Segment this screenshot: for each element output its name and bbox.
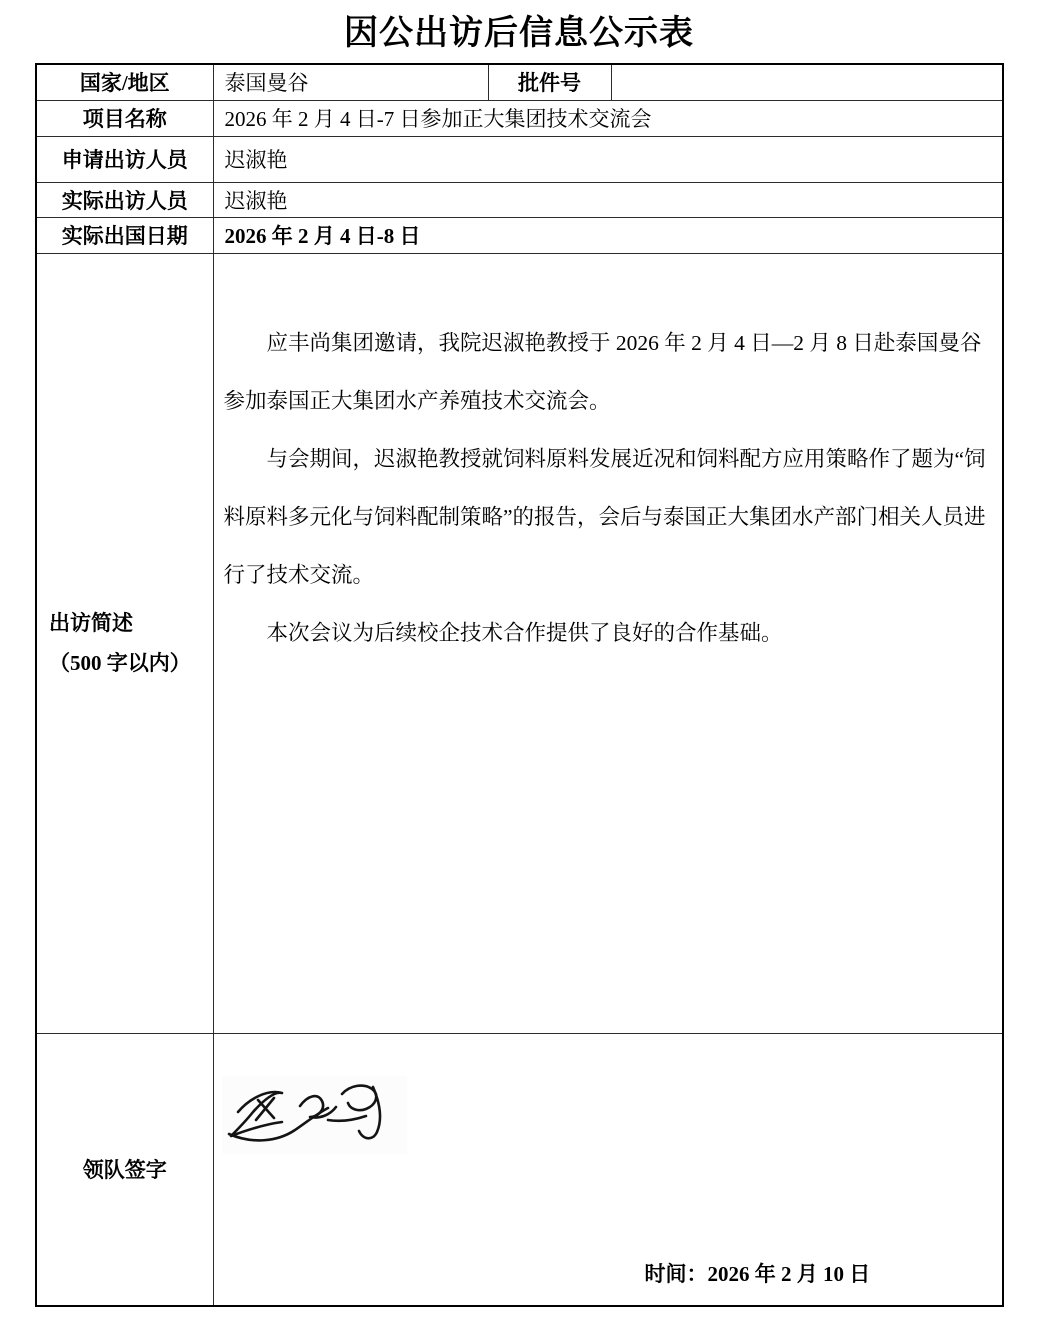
approval-number-value xyxy=(611,64,1003,100)
table-row: 国家/地区 泰国曼谷 批件号 xyxy=(36,64,1003,100)
table-row: 申请出访人员 迟淑艳 xyxy=(36,136,1003,182)
signature-time: 时间：2026 年 2 月 10 日 xyxy=(645,1258,871,1288)
page-title: 因公出访后信息公示表 xyxy=(0,5,1038,54)
trip-summary-label-line1: 出访简述 xyxy=(49,603,212,643)
applied-personnel-label: 申请出访人员 xyxy=(36,136,213,182)
handwritten-signature xyxy=(222,1076,407,1154)
trip-summary-label-line2: （500 字以内） xyxy=(49,643,212,683)
info-table: 国家/地区 泰国曼谷 批件号 项目名称 2026 年 2 月 4 日-7 日参加… xyxy=(35,63,1004,1307)
actual-personnel-value: 迟淑艳 xyxy=(213,182,1003,217)
leader-signature-cell: 时间：2026 年 2 月 10 日 xyxy=(213,1033,1003,1306)
project-name-value: 2026 年 2 月 4 日-7 日参加正大集团技术交流会 xyxy=(213,100,1003,136)
table-row: 项目名称 2026 年 2 月 4 日-7 日参加正大集团技术交流会 xyxy=(36,100,1003,136)
summary-paragraph: 本次会议为后续校企技术合作提供了良好的合作基础。 xyxy=(224,604,987,662)
summary-paragraph: 与会期间，迟淑艳教授就饲料原料发展近况和饲料配方应用策略作了题为“饲料原料多元化… xyxy=(224,430,987,604)
country-region-value: 泰国曼谷 xyxy=(213,64,488,100)
signature-icon xyxy=(222,1076,407,1154)
country-region-label: 国家/地区 xyxy=(36,64,213,100)
trip-summary-text: 应丰尚集团邀请，我院迟淑艳教授于 2026 年 2 月 4 日—2 月 8 日赴… xyxy=(213,253,1003,1033)
actual-dates-value: 2026 年 2 月 4 日-8 日 xyxy=(213,217,1003,253)
table-row: 领队签字 时间：2026 年 2 月 10 日 xyxy=(36,1033,1003,1306)
leader-signature-label: 领队签字 xyxy=(36,1033,213,1306)
project-name-label: 项目名称 xyxy=(36,100,213,136)
document-page: 因公出访后信息公示表 国家/地区 泰国曼谷 批件号 项目名称 2026 年 2 … xyxy=(0,0,1038,1317)
table-row: 出访简述 （500 字以内） 应丰尚集团邀请，我院迟淑艳教授于 2026 年 2… xyxy=(36,253,1003,1033)
approval-number-label: 批件号 xyxy=(488,64,611,100)
table-row: 实际出国日期 2026 年 2 月 4 日-8 日 xyxy=(36,217,1003,253)
actual-personnel-label: 实际出访人员 xyxy=(36,182,213,217)
actual-dates-label: 实际出国日期 xyxy=(36,217,213,253)
applied-personnel-value: 迟淑艳 xyxy=(213,136,1003,182)
summary-paragraph: 应丰尚集团邀请，我院迟淑艳教授于 2026 年 2 月 4 日—2 月 8 日赴… xyxy=(224,314,987,430)
table-row: 实际出访人员 迟淑艳 xyxy=(36,182,1003,217)
trip-summary-label: 出访简述 （500 字以内） xyxy=(36,253,213,1033)
